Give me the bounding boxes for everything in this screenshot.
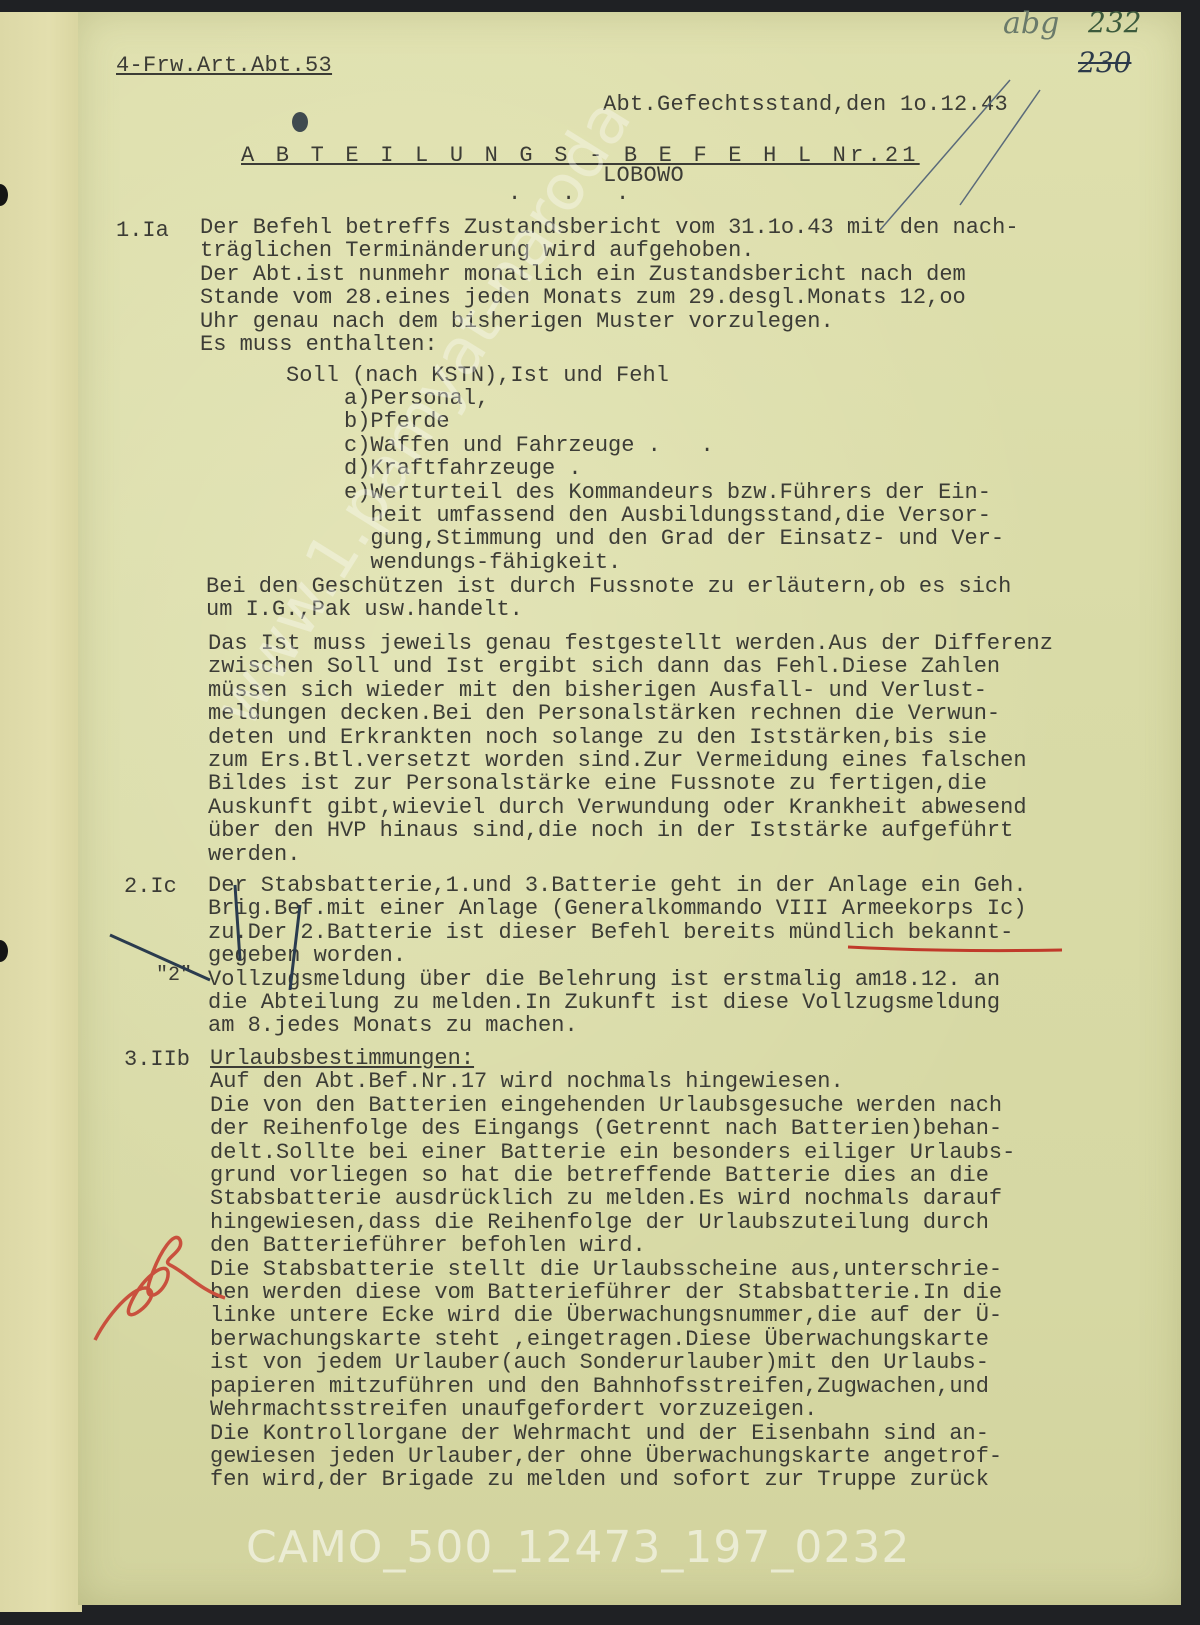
red-underline (848, 947, 1062, 951)
pen-stroke (960, 90, 1040, 205)
annotation-strokes (0, 0, 1200, 1625)
ink-scribble-icon (110, 885, 300, 990)
ink-blot-icon (292, 112, 308, 132)
red-initials-icon (95, 1237, 225, 1340)
pen-stroke (880, 80, 1010, 230)
